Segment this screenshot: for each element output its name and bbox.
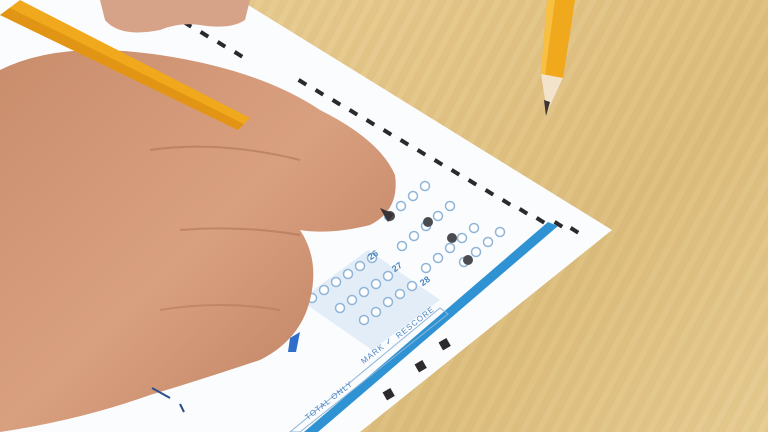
hand-with-pencil	[0, 0, 768, 432]
photo-scene: 26 27 28 RESCORE MARK ✓ TOTAL ONLY	[0, 0, 768, 432]
